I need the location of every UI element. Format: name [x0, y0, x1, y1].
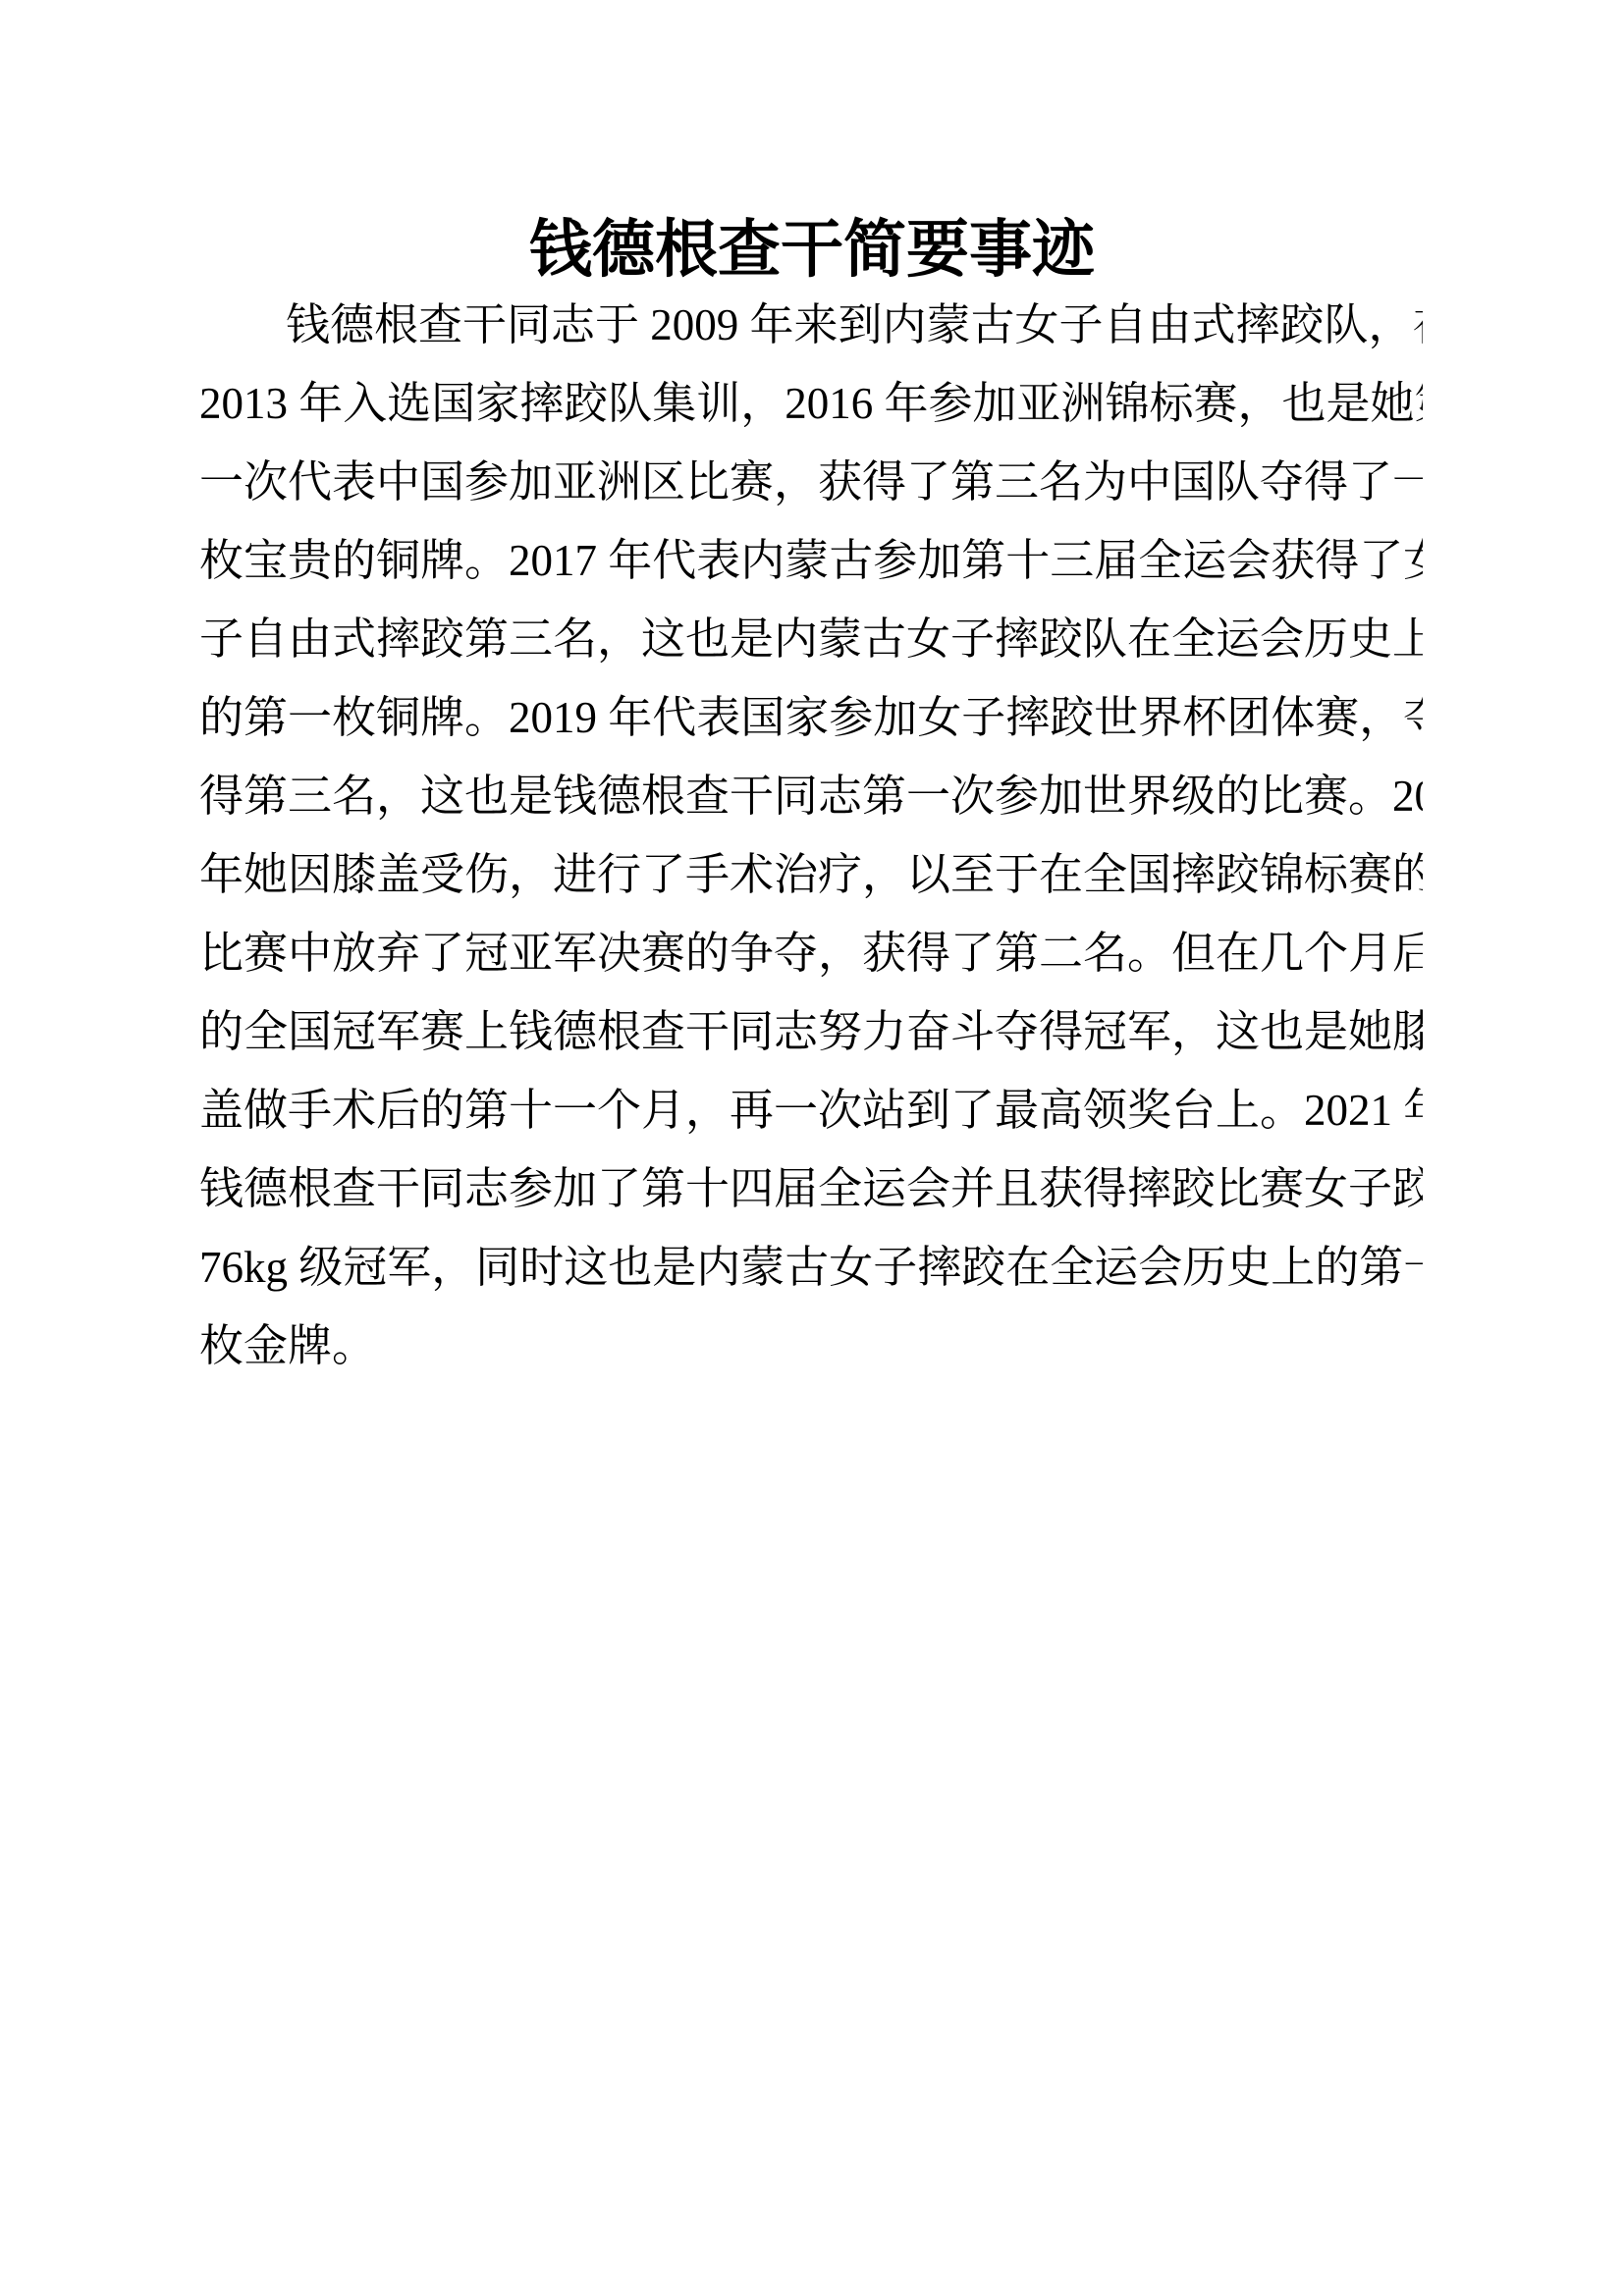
- paragraph-line-14: 枚金牌。: [199, 1307, 1423, 1385]
- paragraph-line-7: 得第三名，这也是钱德根查干同志第一次参加世界级的比赛。2020: [199, 757, 1423, 835]
- paragraph-line-13: 76kg 级冠军，同时这也是内蒙古女子摔跤在全运会历史上的第一: [199, 1228, 1423, 1307]
- paragraph-line-9: 比赛中放弃了冠亚军决赛的争夺，获得了第二名。但在几个月后: [199, 914, 1423, 992]
- paragraph-line-6: 的第一枚铜牌。2019 年代表国家参加女子摔跤世界杯团体赛，夺: [199, 678, 1423, 757]
- paragraph-line-8: 年她因膝盖受伤，进行了手术治疗，以至于在全国摔跤锦标赛的: [199, 835, 1423, 914]
- document-page: 钱德根查干简要事迹 钱德根查干同志于 2009 年来到内蒙古女子自由式摔跤队，在…: [0, 0, 1624, 2296]
- document-body: 钱德根查干同志于 2009 年来到内蒙古女子自由式摔跤队，在 2013 年入选国…: [199, 286, 1423, 1385]
- paragraph-line-12: 钱德根查干同志参加了第十四届全运会并且获得摔跤比赛女子跤: [199, 1149, 1423, 1228]
- paragraph-line-5: 子自由式摔跤第三名，这也是内蒙古女子摔跤队在全运会历史上: [199, 600, 1423, 678]
- paragraph-line-1: 钱德根查干同志于 2009 年来到内蒙古女子自由式摔跤队，在: [199, 286, 1423, 364]
- paragraph-line-3: 一次代表中国参加亚洲区比赛，获得了第三名为中国队夺得了一: [199, 443, 1423, 521]
- paragraph-line-2: 2013 年入选国家摔跤队集训，2016 年参加亚洲锦标赛，也是她第: [199, 364, 1423, 443]
- paragraph-line-11: 盖做手术后的第十一个月，再一次站到了最高领奖台上。2021 年: [199, 1071, 1423, 1149]
- paragraph-line-4: 枚宝贵的铜牌。2017 年代表内蒙古参加第十三届全运会获得了女: [199, 521, 1423, 600]
- paragraph-line-10: 的全国冠军赛上钱德根查干同志努力奋斗夺得冠军，这也是她膝: [199, 992, 1423, 1071]
